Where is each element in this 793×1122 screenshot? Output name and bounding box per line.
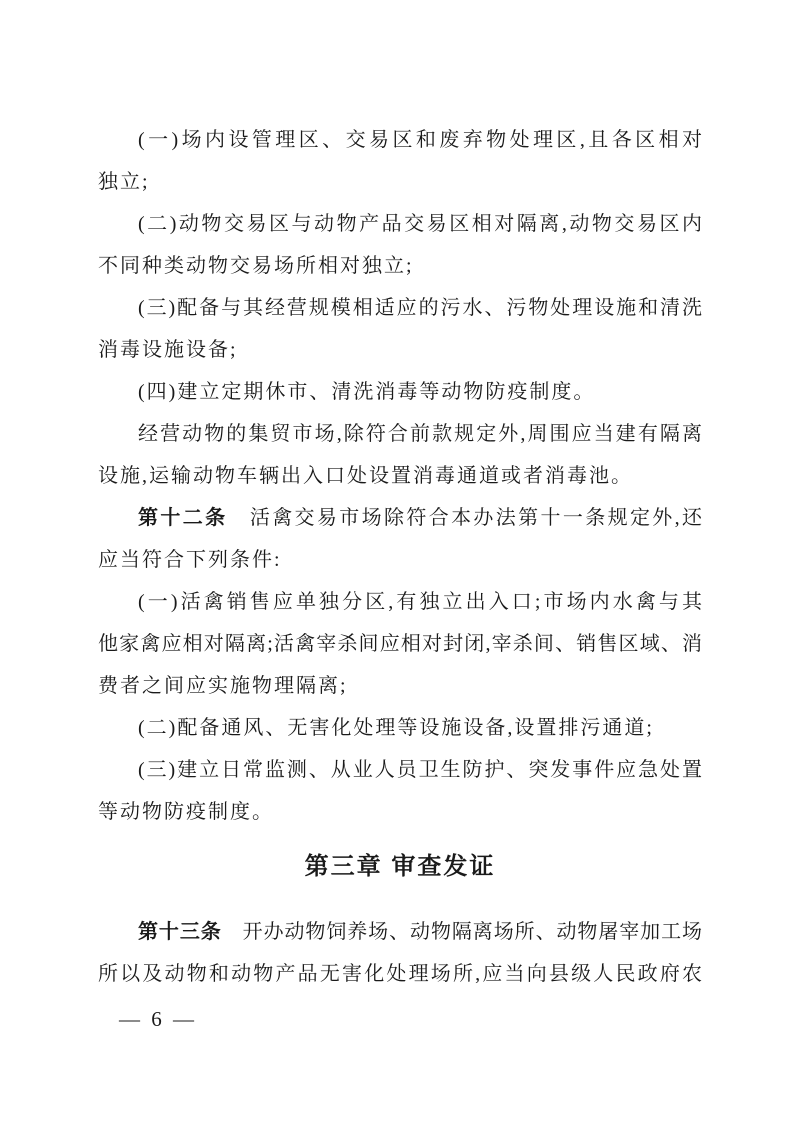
article-13-line-2: 所以及动物和动物产品无害化处理场所,应当向县级人民政府农: [98, 953, 702, 995]
article-12-item-1-line-2: 他家禽应相对隔离;活禽宰杀间应相对封闭,宰杀间、销售区域、消: [98, 623, 702, 665]
article-12-item-2-line-1: (二)配备通风、无害化处理等设施设备,设置排污通道;: [98, 707, 702, 749]
item-1-line-1: (一)场内设管理区、交易区和废弃物处理区,且各区相对: [98, 119, 702, 161]
item-2-line-2: 不同种类动物交易场所相对独立;: [98, 245, 702, 287]
document-page: (一)场内设管理区、交易区和废弃物处理区,且各区相对 独立; (二)动物交易区与…: [0, 0, 793, 1122]
article-13-separator: [222, 921, 243, 943]
item-1-line-2: 独立;: [98, 161, 702, 203]
article-12-text: 活禽交易市场除符合本办法第十一条规定外,还: [250, 507, 702, 529]
article-12-item-1-line-1: (一)活禽销售应单独分区,有独立出入口;市场内水禽与其: [98, 581, 702, 623]
article-12-number: 第十二条: [138, 507, 227, 529]
article-12-item-3-line-2: 等动物防疫制度。: [98, 791, 702, 833]
article-13-number: 第十三条: [138, 921, 222, 943]
article-13-line-1: 第十三条 开办动物饲养场、动物隔离场所、动物屠宰加工场: [98, 911, 702, 953]
article-12-separator: [227, 507, 249, 529]
item-2-line-1: (二)动物交易区与动物产品交易区相对隔离,动物交易区内: [98, 203, 702, 245]
chapter-heading: 第三章 审查发证: [98, 846, 702, 888]
market-paragraph-line-2: 设施,运输动物车辆出入口处设置消毒通道或者消毒池。: [98, 455, 702, 497]
market-paragraph-line-1: 经营动物的集贸市场,除符合前款规定外,周围应当建有隔离: [98, 413, 702, 455]
item-3-line-1: (三)配备与其经营规模相适应的污水、污物处理设施和清洗: [98, 287, 702, 329]
article-12-item-1-line-3: 费者之间应实施物理隔离;: [98, 665, 702, 707]
item-4-line-1: (四)建立定期休市、清洗消毒等动物防疫制度。: [98, 371, 702, 413]
item-3-line-2: 消毒设施设备;: [98, 329, 702, 371]
page-number: — 6 —: [119, 1003, 197, 1035]
document-body: (一)场内设管理区、交易区和废弃物处理区,且各区相对 独立; (二)动物交易区与…: [98, 119, 702, 995]
article-12-item-3-line-1: (三)建立日常监测、从业人员卫生防护、突发事件应急处置: [98, 749, 702, 791]
article-12-line-2: 应当符合下列条件:: [98, 539, 702, 581]
article-12-line-1: 第十二条 活禽交易市场除符合本办法第十一条规定外,还: [98, 497, 702, 539]
article-13-text: 开办动物饲养场、动物隔离场所、动物屠宰加工场: [243, 921, 702, 943]
